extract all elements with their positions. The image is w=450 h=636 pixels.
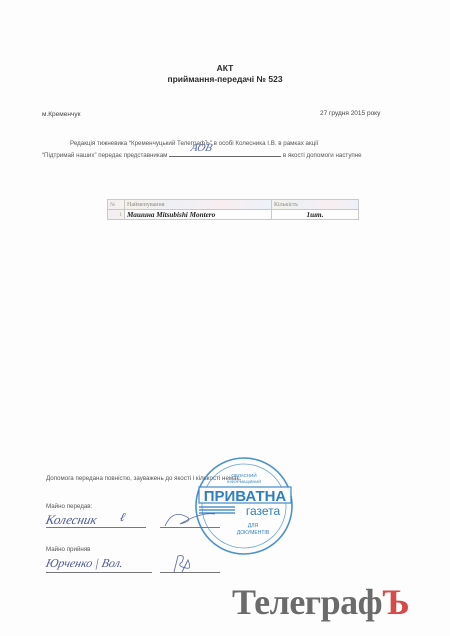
stamp-line2: ІНФОРМАЦІЙНИЙ xyxy=(227,479,261,484)
paragraph-line-2-start: “Підтримай наших” передає представникам xyxy=(42,152,167,159)
document-page: АКТ приймання-передачі № 523 м.Кременчук… xyxy=(0,0,450,636)
paragraph-line-2-end: в якості допомоги наступне xyxy=(283,152,362,159)
stamp-icon: ОБЛАСНИЙ ІНФОРМАЦІЙНИЙ ПРИВАТНА газета Д… xyxy=(193,455,295,557)
header-name: Найменування xyxy=(125,200,272,210)
logo-accent-letter: Ъ xyxy=(382,582,409,622)
city: м.Кременчук xyxy=(42,111,80,118)
telegraf-logo: ТелеграфЪ xyxy=(232,581,409,623)
row-name: Машина Mitsubishi Montero xyxy=(125,210,272,220)
table-header-row: № Найменування Кількість xyxy=(108,200,359,210)
logo-main-text: Телеграф xyxy=(232,582,382,622)
header-number: № xyxy=(108,200,125,210)
table-row: 1 Машина Mitsubishi Montero 1шт. xyxy=(108,210,359,220)
stamp-docs: ДОКУМЕНТІВ xyxy=(237,530,270,536)
handed-over-label: Майно передав: xyxy=(46,503,92,510)
handed-over-mark: ℓ xyxy=(118,510,126,525)
paragraph-line-2: “Підтримай наших” передає представникам … xyxy=(42,150,362,159)
stamp-main-1: ПРИВАТНА xyxy=(204,488,287,505)
handed-over-signature: Колесник xyxy=(44,512,98,528)
row-number: 1 xyxy=(108,210,125,220)
received-signature-line-1 xyxy=(46,572,152,573)
received-signature: Юрченко | Вол. xyxy=(44,556,124,571)
document-subtitle: приймання-передачі № 523 xyxy=(0,74,450,84)
document-date: 27 грудня 2015 року xyxy=(320,110,380,117)
stamp-main-2: газета xyxy=(246,504,281,518)
handed-signature-line-1 xyxy=(46,527,146,528)
items-table: № Найменування Кількість 1 Машина Mitsub… xyxy=(107,199,359,220)
row-quantity: 1шт. xyxy=(272,210,359,220)
header-quantity: Кількість xyxy=(272,200,359,210)
received-label: Майно прийняв xyxy=(46,546,90,553)
stamp-for: ДЛЯ xyxy=(248,523,259,529)
representative-blank: АОВ xyxy=(169,150,281,157)
representative-handwriting: АОВ xyxy=(190,142,214,154)
stamp-top-text: ОБЛАСНИЙ xyxy=(231,471,256,478)
document-title: АКТ xyxy=(0,63,450,73)
